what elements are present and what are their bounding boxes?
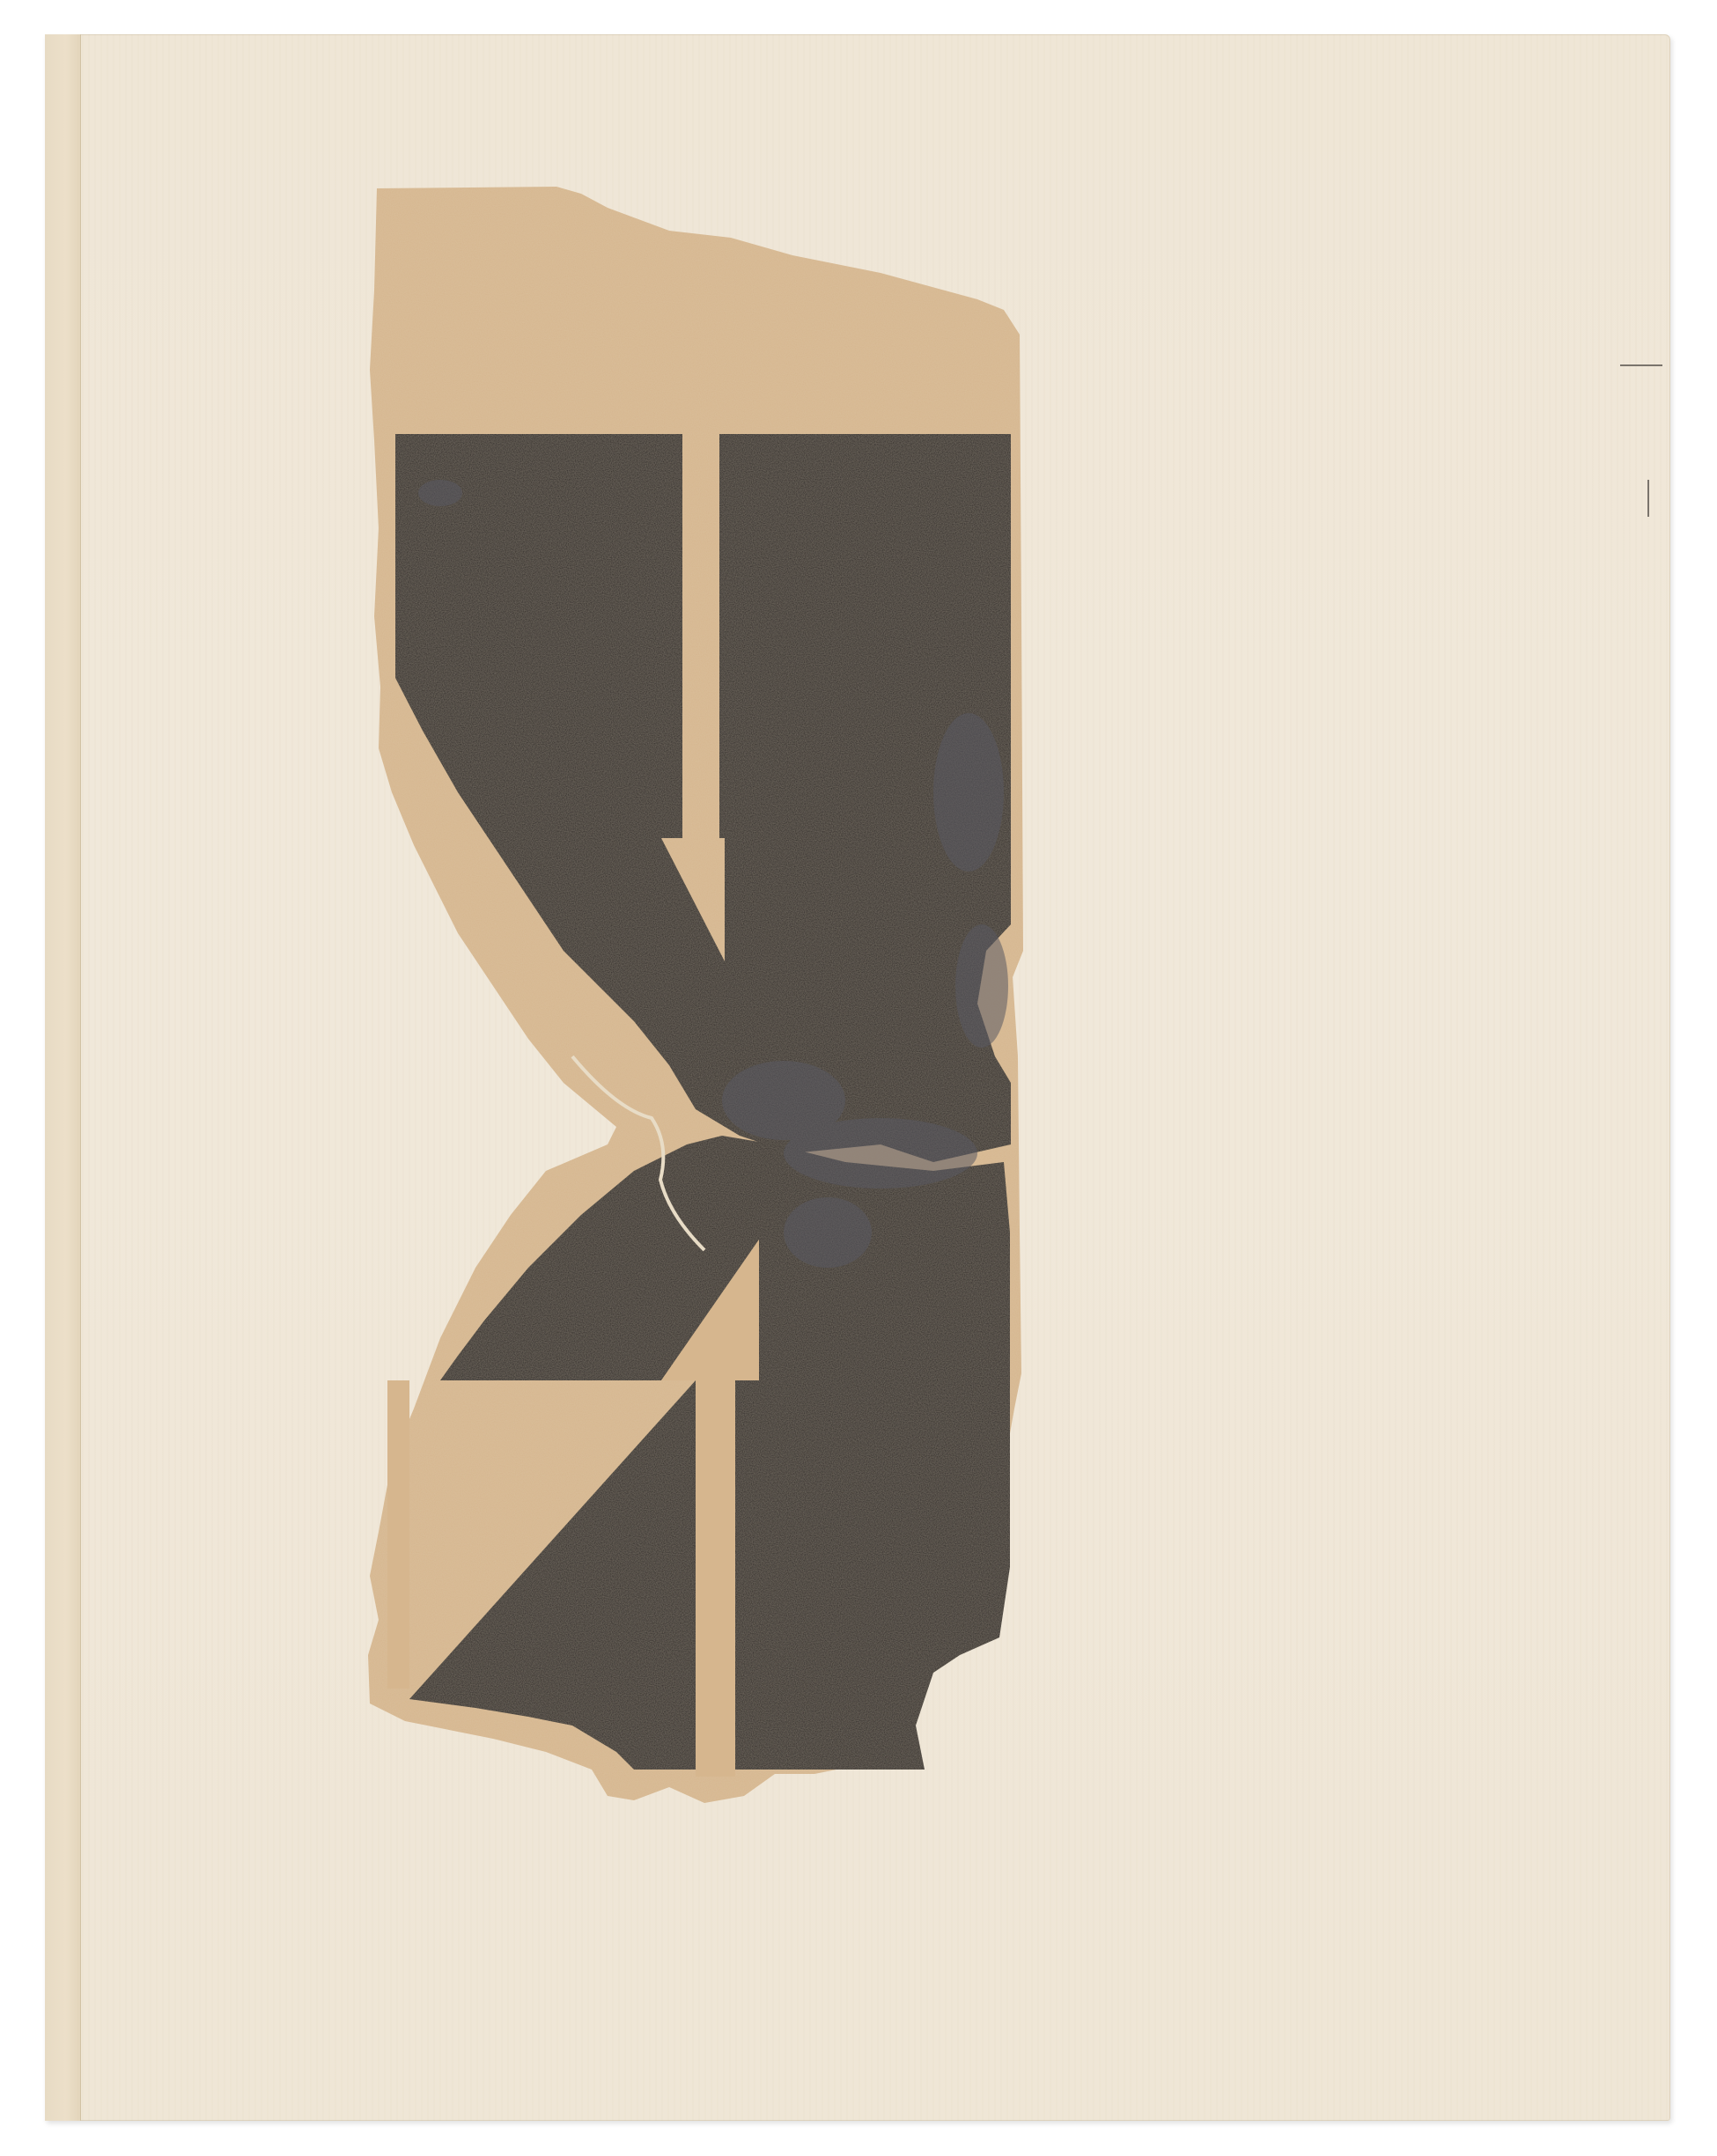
pencil-mark-bottom xyxy=(1647,480,1651,517)
torn-paper-collage xyxy=(0,0,1717,2156)
pencil-mark-top xyxy=(1620,364,1662,370)
bottom-left-margin xyxy=(387,1380,409,1689)
bottom-arrow-shaft xyxy=(696,1380,735,1777)
